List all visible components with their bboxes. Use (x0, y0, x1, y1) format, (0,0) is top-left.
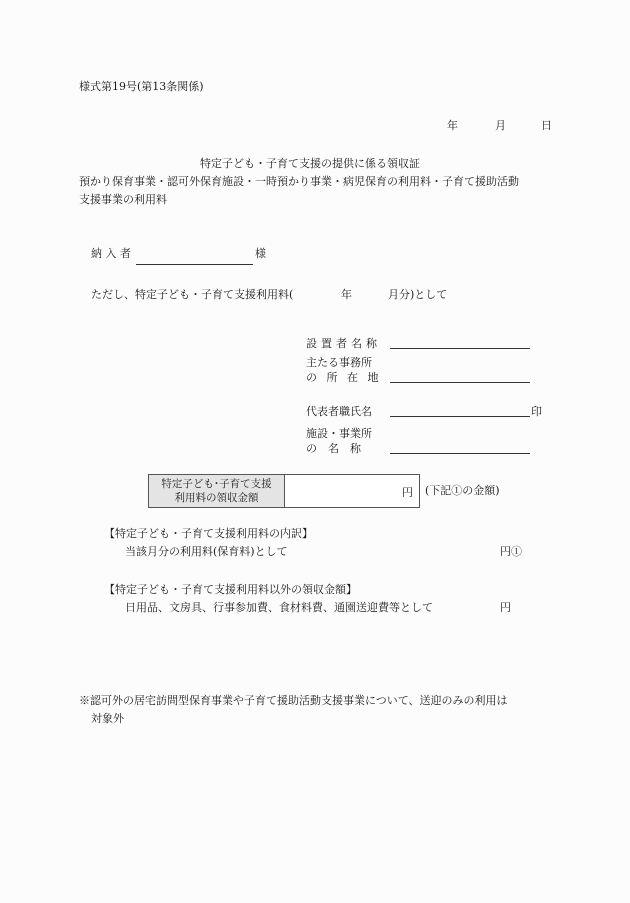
payer-label: 納 入 者 (91, 247, 131, 261)
amount-unit: 円 (402, 484, 413, 500)
rep-label: 代表者職氏名 (306, 405, 372, 419)
seal-mark: 印 (531, 405, 542, 419)
proviso-prefix: ただし、特定子ども・子育て支援利用料( (91, 288, 293, 302)
subtitle-line2: 支援事業の利用料 (79, 193, 167, 207)
footnote-line2: 対象外 (91, 712, 124, 726)
document-title: 特定子ども・子育て支援の提供に係る領収証 (200, 157, 420, 171)
amount-note: (下記①の金額) (425, 484, 500, 498)
amount-label-1: 特定子ども･子育て支援 (149, 477, 284, 491)
breakdown-unit: 円① (500, 545, 522, 559)
other-heading: 【特定子ども・子育て支援利用料以外の領収金額】 (104, 583, 357, 597)
amount-label-2: 利用料の領収金額 (149, 491, 284, 505)
subtitle-line1: 預かり保育事業・認可外保育施設・一時預かり事業・病児保育の利用料・子育て援助活動 (79, 175, 519, 189)
amount-field[interactable]: 円 (285, 475, 419, 507)
form-number: 様式第19号(第13条関係) (79, 80, 204, 94)
office-label-1: 主たる事務所 (306, 356, 372, 370)
provider-name-label: 設置者名称 (306, 337, 381, 351)
amount-label: 特定子ども･子育て支援 利用料の領収金額 (149, 475, 285, 507)
facility-label-1: 施設・事業所 (306, 427, 372, 441)
other-item: 日用品、文房具、行事参加費、食材料費、通園送迎費等として (125, 601, 433, 615)
date-month: 月 (495, 119, 506, 133)
facility-label-2: の 名 称 (306, 442, 361, 456)
facility-name-line[interactable] (390, 453, 530, 454)
breakdown-heading: 【特定子ども・子育て支援利用料の内訳】 (104, 527, 313, 541)
provider-name-line[interactable] (390, 348, 530, 349)
breakdown-item: 当該月分の利用料(保育料)として (125, 545, 288, 559)
footnote-line1: ※認可外の居宅訪問型保育事業や子育て援助活動支援事業について、送迎のみの利用は (79, 694, 508, 708)
amount-box: 特定子ども･子育て支援 利用料の領収金額 円 (148, 474, 420, 508)
rep-name-line[interactable] (390, 416, 530, 417)
payer-name-line[interactable] (136, 264, 253, 265)
office-label-2: の 所 在 地 (306, 371, 382, 385)
date-year: 年 (447, 119, 458, 133)
office-address-line[interactable] (390, 382, 530, 383)
proviso-year: 年 (341, 288, 352, 302)
proviso-month: 月分)として (388, 288, 447, 302)
payer-suffix: 様 (255, 247, 266, 261)
date-day: 日 (541, 119, 552, 133)
other-unit: 円 (500, 601, 511, 615)
